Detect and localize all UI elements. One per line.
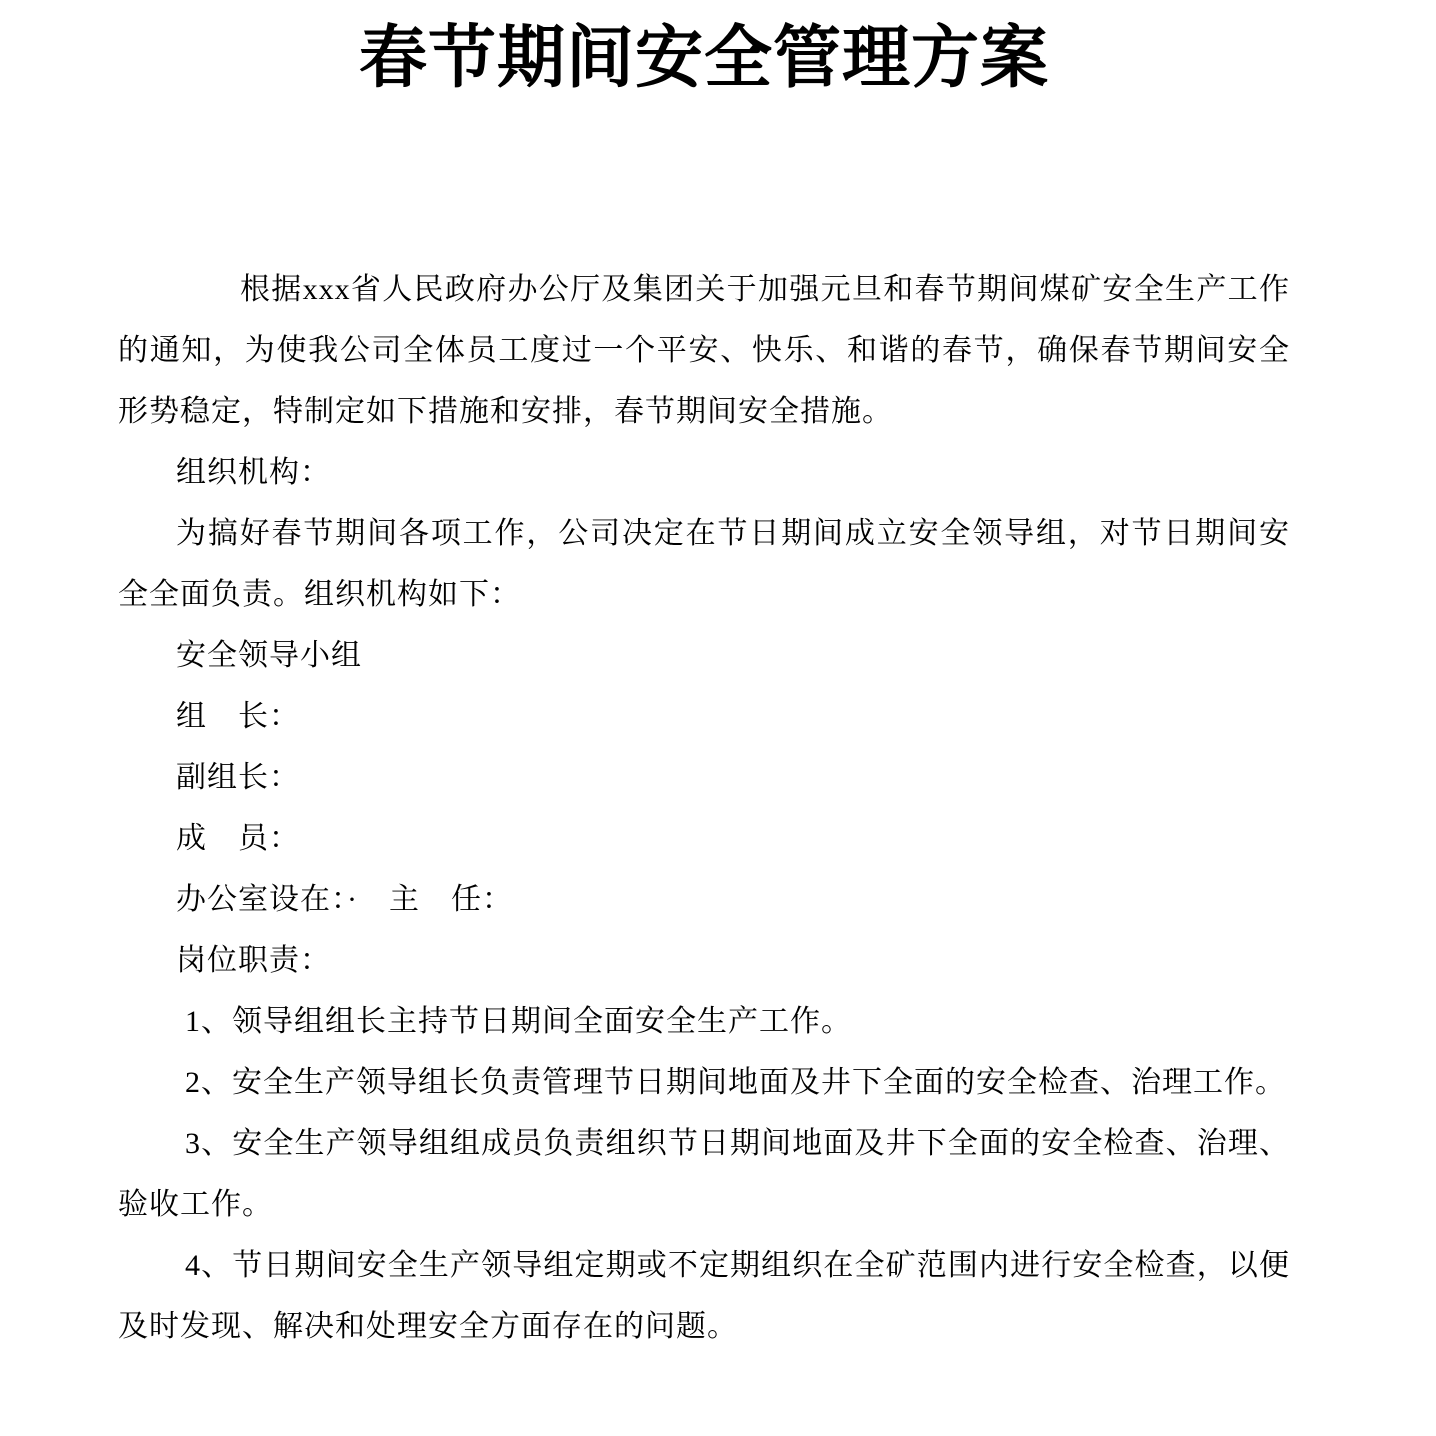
duty-item-2: 2、安全生产领导组长负责管理节日期间地面及井下全面的安全检查、治理工作。 [118,1052,1290,1113]
org-structure-heading: 组织机构： [118,442,1290,503]
duty-item-4: 4、节日期间安全生产领导组定期或不定期组织在全矿范围内进行安全检查，以便及时发现… [118,1235,1290,1357]
duty-item-1: 1、领导组组长主持节日期间全面安全生产工作。 [118,991,1290,1052]
intro-paragraph: 根据xxx省人民政府办公厅及集团关于加强元旦和春节期间煤矿安全生产工作的通知，为… [118,259,1290,442]
group-leader-field: 组 长： [118,686,1290,747]
job-duties-heading: 岗位职责： [118,930,1290,991]
deputy-leader-field: 副组长： [118,747,1290,808]
document-title: 春节期间安全管理方案 [118,16,1290,101]
safety-leading-group-label: 安全领导小组 [118,625,1290,686]
office-location-field: 办公室设在：· 主 任： [118,869,1290,930]
org-structure-paragraph: 为搞好春节期间各项工作，公司决定在节日期间成立安全领导组，对节日期间安全全面负责… [118,503,1290,625]
duty-item-3: 3、安全生产领导组组成员负责组织节日期间地面及井下全面的安全检查、治理、验收工作… [118,1113,1290,1235]
members-field: 成 员： [118,808,1290,869]
document-page: 春节期间安全管理方案 根据xxx省人民政府办公厅及集团关于加强元旦和春节期间煤矿… [0,0,1436,1436]
